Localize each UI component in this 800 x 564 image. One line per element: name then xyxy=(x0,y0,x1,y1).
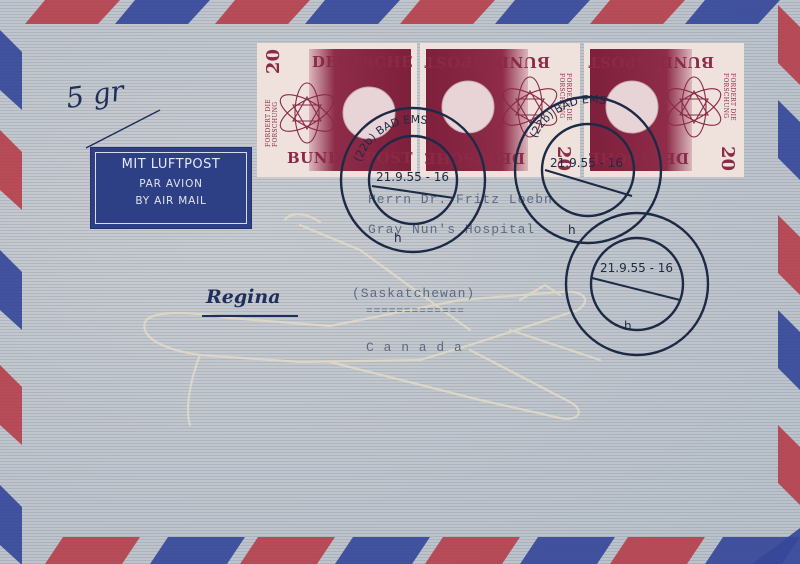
postmark-2-date: 21.9.55 - 16 xyxy=(550,156,623,170)
postmark-3-date: 21.9.55 - 16 xyxy=(600,261,673,275)
postmark-1-place: (22b) BAD EMS xyxy=(351,113,428,163)
airmail-envelope: MIT LUFTPOST PAR AVION BY AIR MAIL 5 gr … xyxy=(0,0,800,564)
postmark-1-code: h xyxy=(394,231,402,245)
postmark-2-code: h xyxy=(568,223,576,237)
postmark-3-code: h xyxy=(624,319,632,333)
postmark-cancellations: (22b) BAD EMS 21.9.55 - 16 h (22b) BAD E… xyxy=(0,0,800,564)
postmark-1-date: 21.9.55 - 16 xyxy=(376,170,449,184)
